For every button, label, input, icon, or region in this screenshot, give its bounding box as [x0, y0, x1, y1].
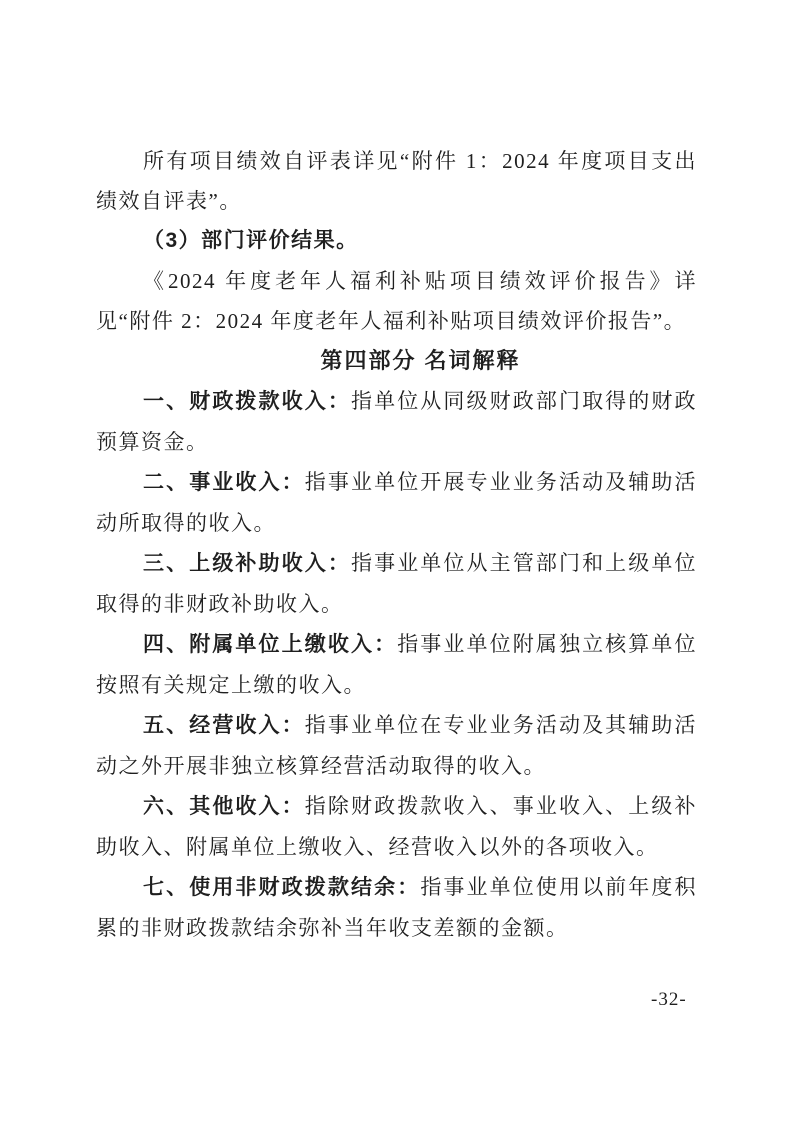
document-page: 所有项目绩效自评表详见“附件 1：2024 年度项目支出绩效自评表”。 （3）部… — [0, 0, 793, 1122]
page-content: 所有项目绩效自评表详见“附件 1：2024 年度项目支出绩效自评表”。 （3）部… — [96, 141, 697, 948]
term-item-1: 一、财政拨款收入：指单位从同级财政部门取得的财政预算资金。 — [96, 381, 697, 462]
term-label: 二、事业收入： — [143, 471, 305, 494]
term-item-7: 七、使用非财政拨款结余：指事业单位使用以前年度积累的非财政拨款结余弥补当年收支差… — [96, 867, 697, 948]
page-number: -32- — [651, 989, 687, 1011]
term-label: 六、其他收入： — [143, 795, 305, 818]
term-item-3: 三、上级补助收入：指事业单位从主管部门和上级单位取得的非财政补助收入。 — [96, 543, 697, 624]
paragraph-dept-eval-detail: 《2024 年度老年人福利补贴项目绩效评价报告》详见“附件 2：2024 年度老… — [96, 261, 697, 341]
term-item-6: 六、其他收入：指除财政拨款收入、事业收入、上级补助收入、附属单位上缴收入、经营收… — [96, 786, 697, 867]
paragraph-self-eval-ref: 所有项目绩效自评表详见“附件 1：2024 年度项目支出绩效自评表”。 — [96, 141, 697, 221]
paragraph-dept-eval-heading: （3）部门评价结果。 — [96, 221, 697, 261]
term-item-4: 四、附属单位上缴收入：指事业单位附属独立核算单位按照有关规定上缴的收入。 — [96, 624, 697, 705]
term-label: 三、上级补助收入： — [143, 552, 351, 575]
term-item-2: 二、事业收入：指事业单位开展专业业务活动及辅助活动所取得的收入。 — [96, 462, 697, 543]
term-item-5: 五、经营收入：指事业单位在专业业务活动及其辅助活动之外开展非独立核算经营活动取得… — [96, 705, 697, 786]
term-label: 一、财政拨款收入： — [143, 390, 351, 413]
section-title: 第四部分 名词解释 — [96, 341, 697, 381]
term-label: 五、经营收入： — [143, 714, 305, 737]
term-label: 四、附属单位上缴收入： — [143, 633, 397, 656]
term-label: 七、使用非财政拨款结余： — [143, 876, 420, 899]
